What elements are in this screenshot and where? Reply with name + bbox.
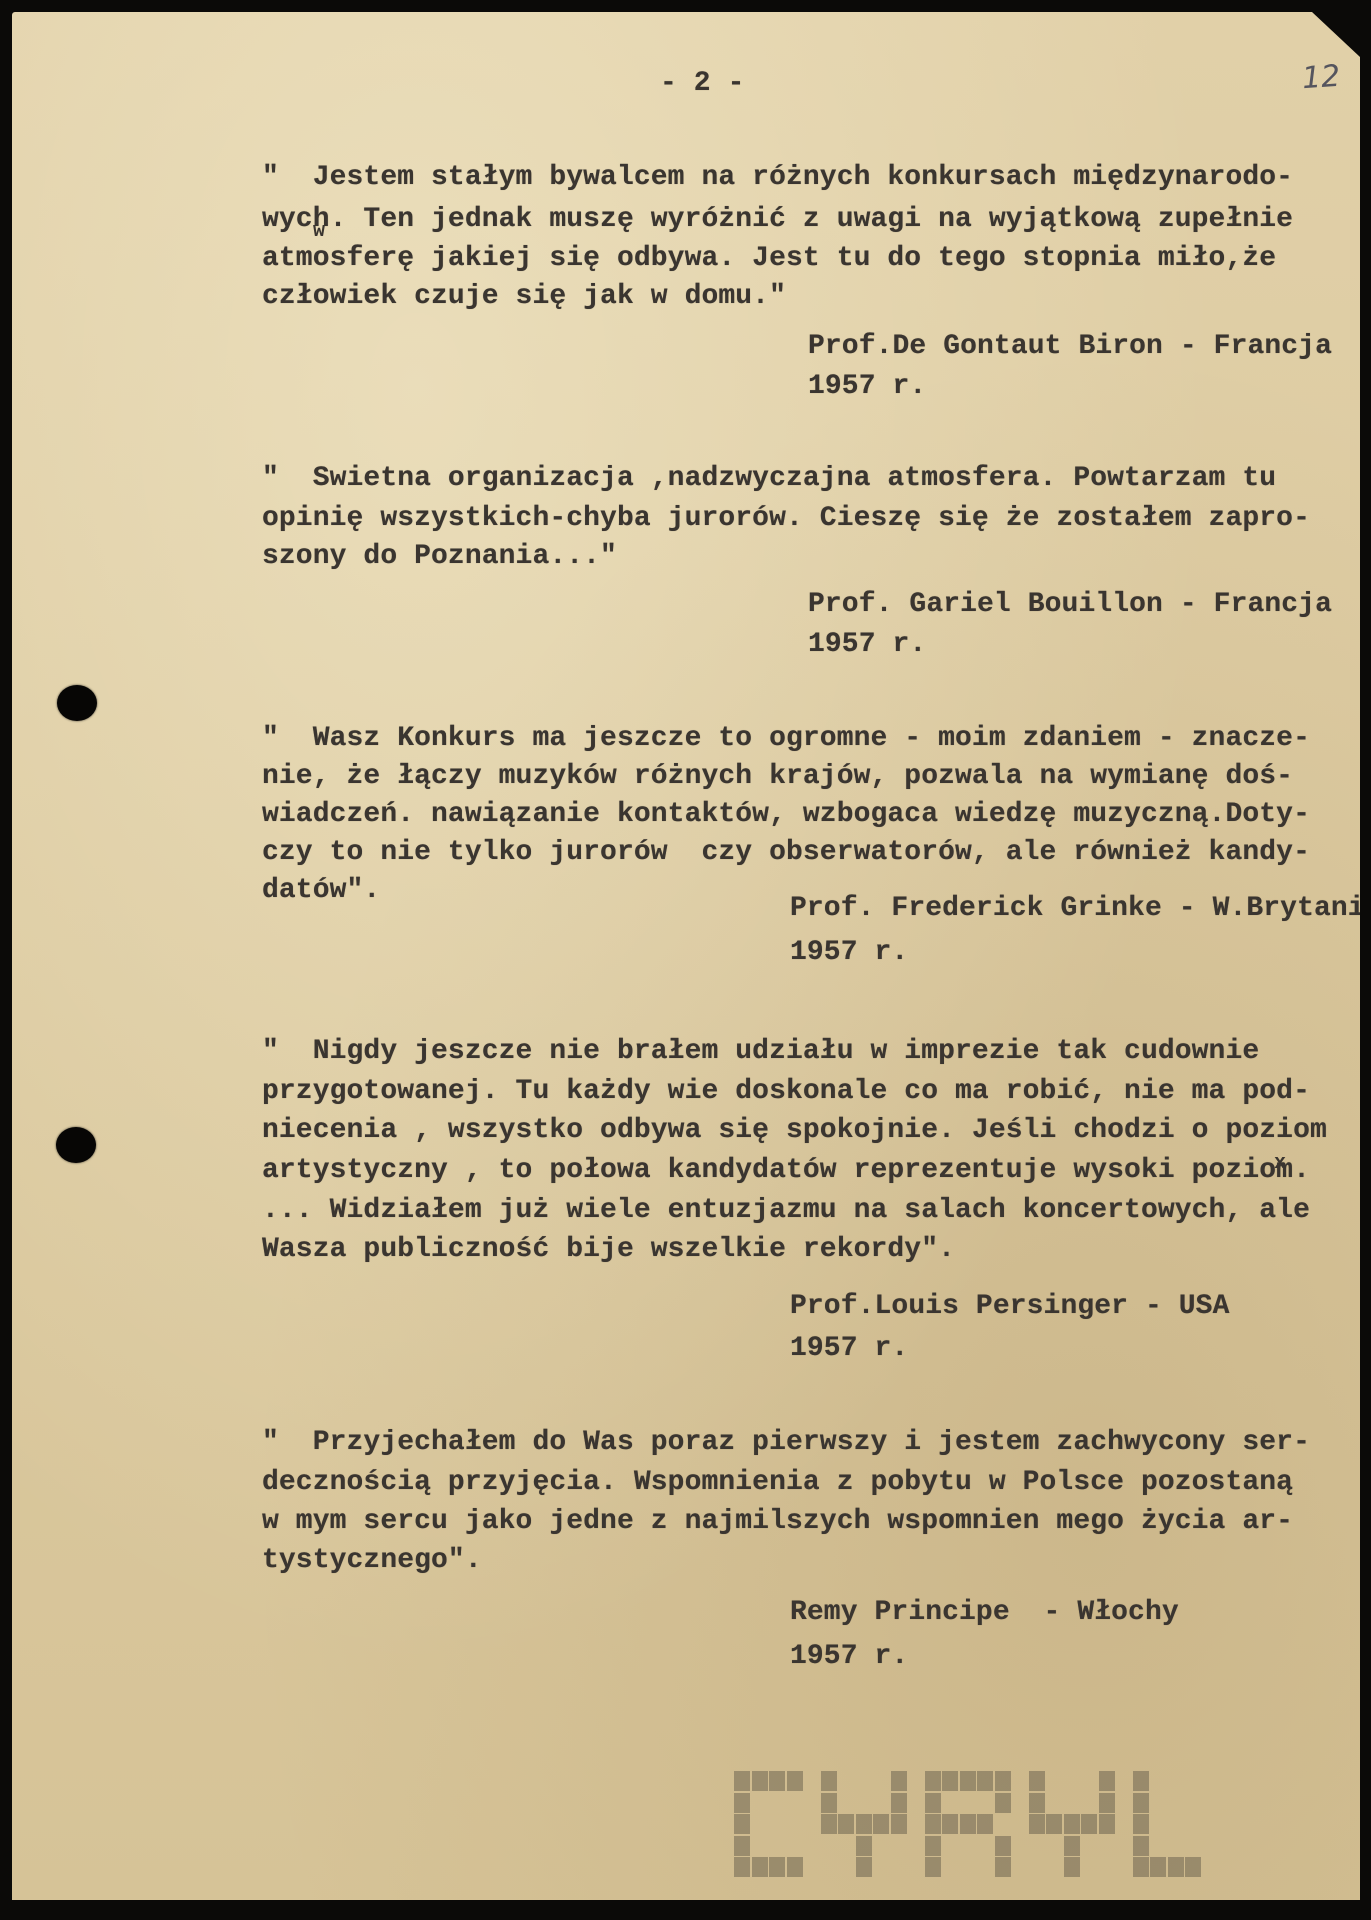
watermark-letter-y: [821, 1771, 907, 1877]
quote-2-line-2: opinię wszystkich-chyba jurorów. Cieszę …: [262, 500, 1310, 539]
quote-3-line-3: wiadczeń. nawiązanie kontaktów, wzbogaca…: [262, 796, 1310, 835]
quote-4-line-5: ... Widziałem już wiele entuzjazmu na sa…: [262, 1192, 1310, 1231]
quote-4-line-2: przygotowanej. Tu każdy wie doskonale co…: [262, 1073, 1310, 1112]
punch-hole-top: [57, 685, 97, 721]
watermark-letter-c: [734, 1771, 803, 1877]
quote-4-line-4: artystyczny , to połowa kandydatów repre…: [262, 1152, 1310, 1191]
quote-3-author: Prof. Frederick Grinke - W.Brytani: [790, 890, 1365, 929]
quote-4-line-3: niecenia , wszystko odbywa się spokojnie…: [262, 1112, 1327, 1151]
quote-1-year: 1957 r.: [808, 368, 926, 407]
quote-4-author: Prof.Louis Persinger - USA: [790, 1288, 1229, 1327]
quote-5-author: Remy Principe - Włochy: [790, 1594, 1179, 1633]
watermark-letter-l: [1133, 1771, 1202, 1877]
quote-1-line-3: atmosferę jakiej się odbywa. Jest tu do …: [262, 240, 1276, 279]
quote-2-author: Prof. Gariel Bouillon - Francja: [808, 586, 1332, 625]
quote-4-line-1: " Nigdy jeszcze nie brałem udziału w imp…: [262, 1033, 1259, 1072]
quote-3-line-5: datów".: [262, 872, 380, 911]
document-page: - 2 - 12 " Jestem stałym bywalcem na róż…: [12, 12, 1360, 1900]
quote-5-line-4: tystycznego".: [262, 1542, 482, 1581]
quote-4-year: 1957 r.: [790, 1330, 908, 1369]
watermark-letter-r: [925, 1771, 1011, 1877]
quote-5-line-1: " Przyjechałem do Was poraz pierwszy i j…: [262, 1424, 1310, 1463]
quote-5-line-2: decznością przyjęcia. Wspomnienia z poby…: [262, 1464, 1293, 1503]
quote-3-line-1: " Wasz Konkurs ma jeszcze to ogromne - m…: [262, 720, 1310, 759]
quote-3-line-4: czy to nie tylko jurorów czy obserwatoró…: [262, 834, 1310, 873]
quote-5-year: 1957 r.: [790, 1638, 908, 1677]
page-number: - 2 -: [660, 68, 745, 99]
watermark-letter-y2: [1029, 1771, 1115, 1877]
quote-5-line-3: w mym sercu jako jedne z najmilszych wsp…: [262, 1503, 1293, 1542]
quote-2-line-3: szony do Poznania...": [262, 538, 617, 577]
quote-1-line-4: człowiek czuje się jak w domu.": [262, 278, 786, 317]
quote-1-author: Prof.De Gontaut Biron - Francja: [808, 328, 1332, 367]
quote-3-line-2: nie, że łączy muzyków różnych krajów, po…: [262, 758, 1293, 797]
cyryl-watermark-logo: [734, 1771, 1201, 1877]
quote-1-line-1: " Jestem stałym bywalcem na różnych konk…: [262, 159, 1293, 198]
quote-1-line-2: wych. Ten jednak muszę wyróżnić z uwagi …: [262, 201, 1293, 240]
quote-4-margin-mark: x: [1274, 1152, 1286, 1175]
punch-hole-bottom: [56, 1127, 96, 1163]
quote-2-year: 1957 r.: [808, 626, 926, 665]
quote-4-line-6: Wasza publiczność bije wszelkie rekordy"…: [262, 1231, 955, 1270]
quote-3-year: 1957 r.: [790, 934, 908, 973]
handwritten-folio-number: 12: [1301, 59, 1342, 97]
quote-2-line-1: " Swietna organizacja ,nadzwyczajna atmo…: [262, 460, 1276, 499]
